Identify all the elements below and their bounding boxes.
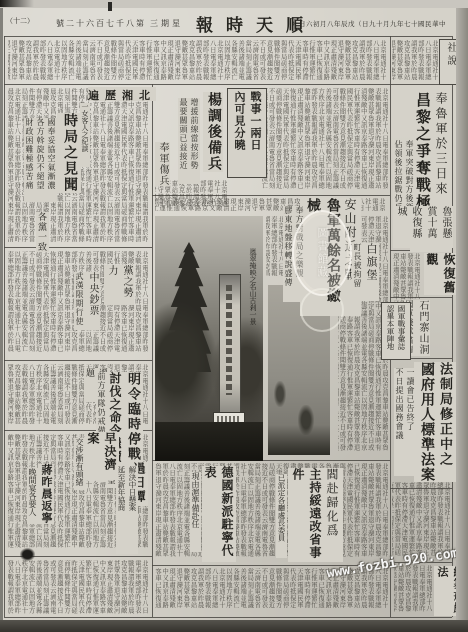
date-line: ）日六初月八年辰戊（日九十月九年七十國民華中 [292,19,446,28]
war-log-line-1: 國軍戰事彙誌 [396,305,407,357]
right-bottom-text: 北京電通社十八日電奉軍總部昨發表戰報謂我軍於昨晨攻克昌黎車站斃敵甚眾魯軍退守灤河… [394,565,432,615]
law-sub-1: 一讀會已告終了 [405,368,416,476]
headline-german-sub: 現由滬準備赴任 [190,472,201,552]
collector-stamp: 圖書館藏 [292,210,352,296]
power-main: 黨之勢力 [104,265,134,305]
frame-rule-left [4,36,5,617]
rule-left-group [152,84,153,617]
baiqipu-main: 白旗堡 [363,243,379,301]
shiju-sub-3: 財政困難極感苦痛 [24,118,35,202]
headline-wounded: 奉軍傷兵 [155,142,170,186]
yang-sub-1: 增援前線當按形勢 [189,98,200,184]
wounded-main: 奉軍傷兵 [155,142,170,186]
chiang-main: 蔣昨晨返寧 [38,464,54,524]
headline-law-subs: 一讀會已告終了 不日提出國務會議 [394,368,416,476]
yan-main: 主持綏遠改省事件 [290,468,324,562]
rule-left-2 [4,360,152,361]
travel-title-text: 遍歷湘北 [88,90,156,101]
editorial-band-right-text: 北京電通社十八日電奉軍總部昨發表戰報謂我軍於昨晨攻克昌黎車站斃敵甚眾魯軍退守灤河… [392,40,438,83]
banknote-main: 中央鈔票 [85,272,100,330]
german-sub-text: 現由滬準備赴任 [190,472,201,552]
yan-kicker: 閻赴歸化爲 [324,468,341,562]
photo-caption: 嵐翠掩映之名山古剎一景 [248,248,258,406]
editorial-band-text: 北京電通社十八日電奉軍總部昨發表戰報謂我軍於昨晨攻克昌黎車站斃敵甚眾魯軍退守灤河… [8,40,386,83]
photo-foreground [155,422,263,461]
page-marker: （十二） [6,16,34,26]
headline-parties: 各黨一致 [36,212,49,252]
german-main: 德國新派駐寧代表 [202,466,236,562]
shiju-main: 時局之見聞 [59,113,79,193]
war-log-line-2: 認畢本軍陣地 [385,305,396,357]
headline-chiang: 蔣昨晨返寧 [38,464,54,524]
yang-sub-2: 最要關頭已益接近 [178,98,189,184]
headline-shiju-subs: 國奉妥協空氣漸濃 各方斡旋仍不絕望 財政困難極感苦痛 [24,118,57,202]
column-line-2: 延至新年協商 [116,466,127,554]
chiang-sub-text: 晚間宴各要人 [27,468,38,524]
headline-reward: 魯張懸賞十萬 收復縣城 [393,206,453,248]
headline-power: 黨之勢力 [104,265,134,305]
yan-sub-text: 已派定各廳處長委員 [276,474,287,558]
stamp-line-1: 圖書 [316,227,328,253]
yang-main: 楊調後備兵 [203,92,223,172]
headline-yan: 閻赴歸化爲 主持綏遠改省事件 [288,468,343,562]
photo-gap-text: 北京電通社十八日電奉軍總部昨發表戰報謂我軍於昨晨攻克昌黎車站斃敵甚眾魯軍退守灤河… [266,216,284,282]
issue-number: 號二十六百七千八第 [56,18,146,29]
newspaper-scan: { "masthead": { "page_marker": "（十二）", "… [0,0,468,632]
stone-stele [219,274,241,414]
verdict-line-2: 內可見分曉 [231,91,247,175]
stele-inscription [226,285,232,395]
collector-stamp-small [300,288,344,332]
column-lede: 解決中日懸案 延至新年協商 [116,466,138,554]
headline-box-verdict: 戰事一兩日 內可見分曉 [227,88,267,178]
left-corner-text: 北京電通社十八日電奉軍總部昨發表戰報謂我軍於昨晨攻克昌黎車站斃敵甚眾魯軍退守灤河… [8,560,148,614]
tree-mass-left [155,302,217,422]
headline-law: 法制局修正中之 國府用人標準法案 [414,362,457,482]
headline-banknote: 中央鈔票 武漢限期行使 [74,272,100,330]
headline-chiang-sub: 晚間宴各要人 [27,468,38,524]
temple-photo [155,216,263,461]
photo-ext-ground [268,425,330,455]
law-line-2: 國府用人標準法案 [416,362,436,482]
stamp-line-2: 館藏 [316,253,328,279]
headline-yang-subs: 增援前線當按形勢 最要關頭已益接近 [178,98,200,184]
scan-gutter-right [456,8,468,624]
headline-war-log: 國軍戰事彙誌 認畢本軍陣地 [381,302,411,360]
rule-left-1 [4,247,152,248]
frame-rule-right [452,36,453,617]
scan-mark-top [108,2,112,11]
mid-upper-text: 北京電通社十八日電奉軍總部昨發表戰報謂我軍於昨晨攻克昌黎車站斃敵甚眾魯軍退守灤河… [262,88,388,192]
frame-rule-bottom [4,617,452,618]
headline-jinan: 早決濟案 [85,432,119,480]
photo-caption-text: 嵐翠掩映之名山古剎一景 [248,248,258,406]
parties-main: 各黨一致 [36,212,49,252]
jinan-sub-left-text: 交涉漸有頭緒 [74,438,85,490]
stamp-text: 圖書館藏 [314,227,330,279]
column-line-1: 解決中日懸案 [127,466,138,554]
headline-travel-sub: 一女客人之紀談 [80,103,90,167]
headline-baiqipu: 白旗堡 町長被拘留 [352,243,379,301]
verdict-line-1: 戰事一兩日 [247,91,263,175]
frame-rule-top [4,36,452,37]
banknote-sub: 武漢限期行使 [74,272,85,330]
baiqipu-sub: 町長被拘留 [352,243,363,301]
scan-edge-bottom [0,620,468,632]
scan-edge-left [0,8,3,620]
headline-yan-sub: 已派定各廳處長委員 [276,474,287,558]
reward-line-2: 收復縣城 [393,206,423,248]
shimenzhai-main: 石門寨山洞 [415,300,430,356]
law-line-1: 法制局修正中之 [436,362,455,482]
jinan-main: 早決濟案 [85,432,119,480]
headline-yang: 楊調後備兵 [203,92,223,172]
headline-german: 德國新派駐寧代表 [202,466,236,562]
scan-mark-topleft [0,0,34,7]
weekday: 三期星 [150,18,183,29]
travel-sub-text: 一女客人之紀談 [80,103,90,167]
headline-travel-title: 遍歷湘北 [88,87,156,101]
photo-figure-1 [274,381,286,407]
reward-line-1: 魯張懸賞十萬 [423,206,453,248]
headline-jinan-sub-left: 交涉漸有頭緒 [74,438,85,490]
law-sub-2: 不日提出國務會議 [394,368,405,476]
rule-under-editorial [4,84,452,85]
restore-main: 恢復舊觀 [424,253,458,295]
headline-shiju: 時局之見聞 [57,113,81,193]
ink-blob [20,548,35,561]
shiju-sub-2: 各方斡旋仍不絕望 [35,118,46,202]
shiju-sub-1: 國奉妥協空氣漸濃 [46,118,57,202]
